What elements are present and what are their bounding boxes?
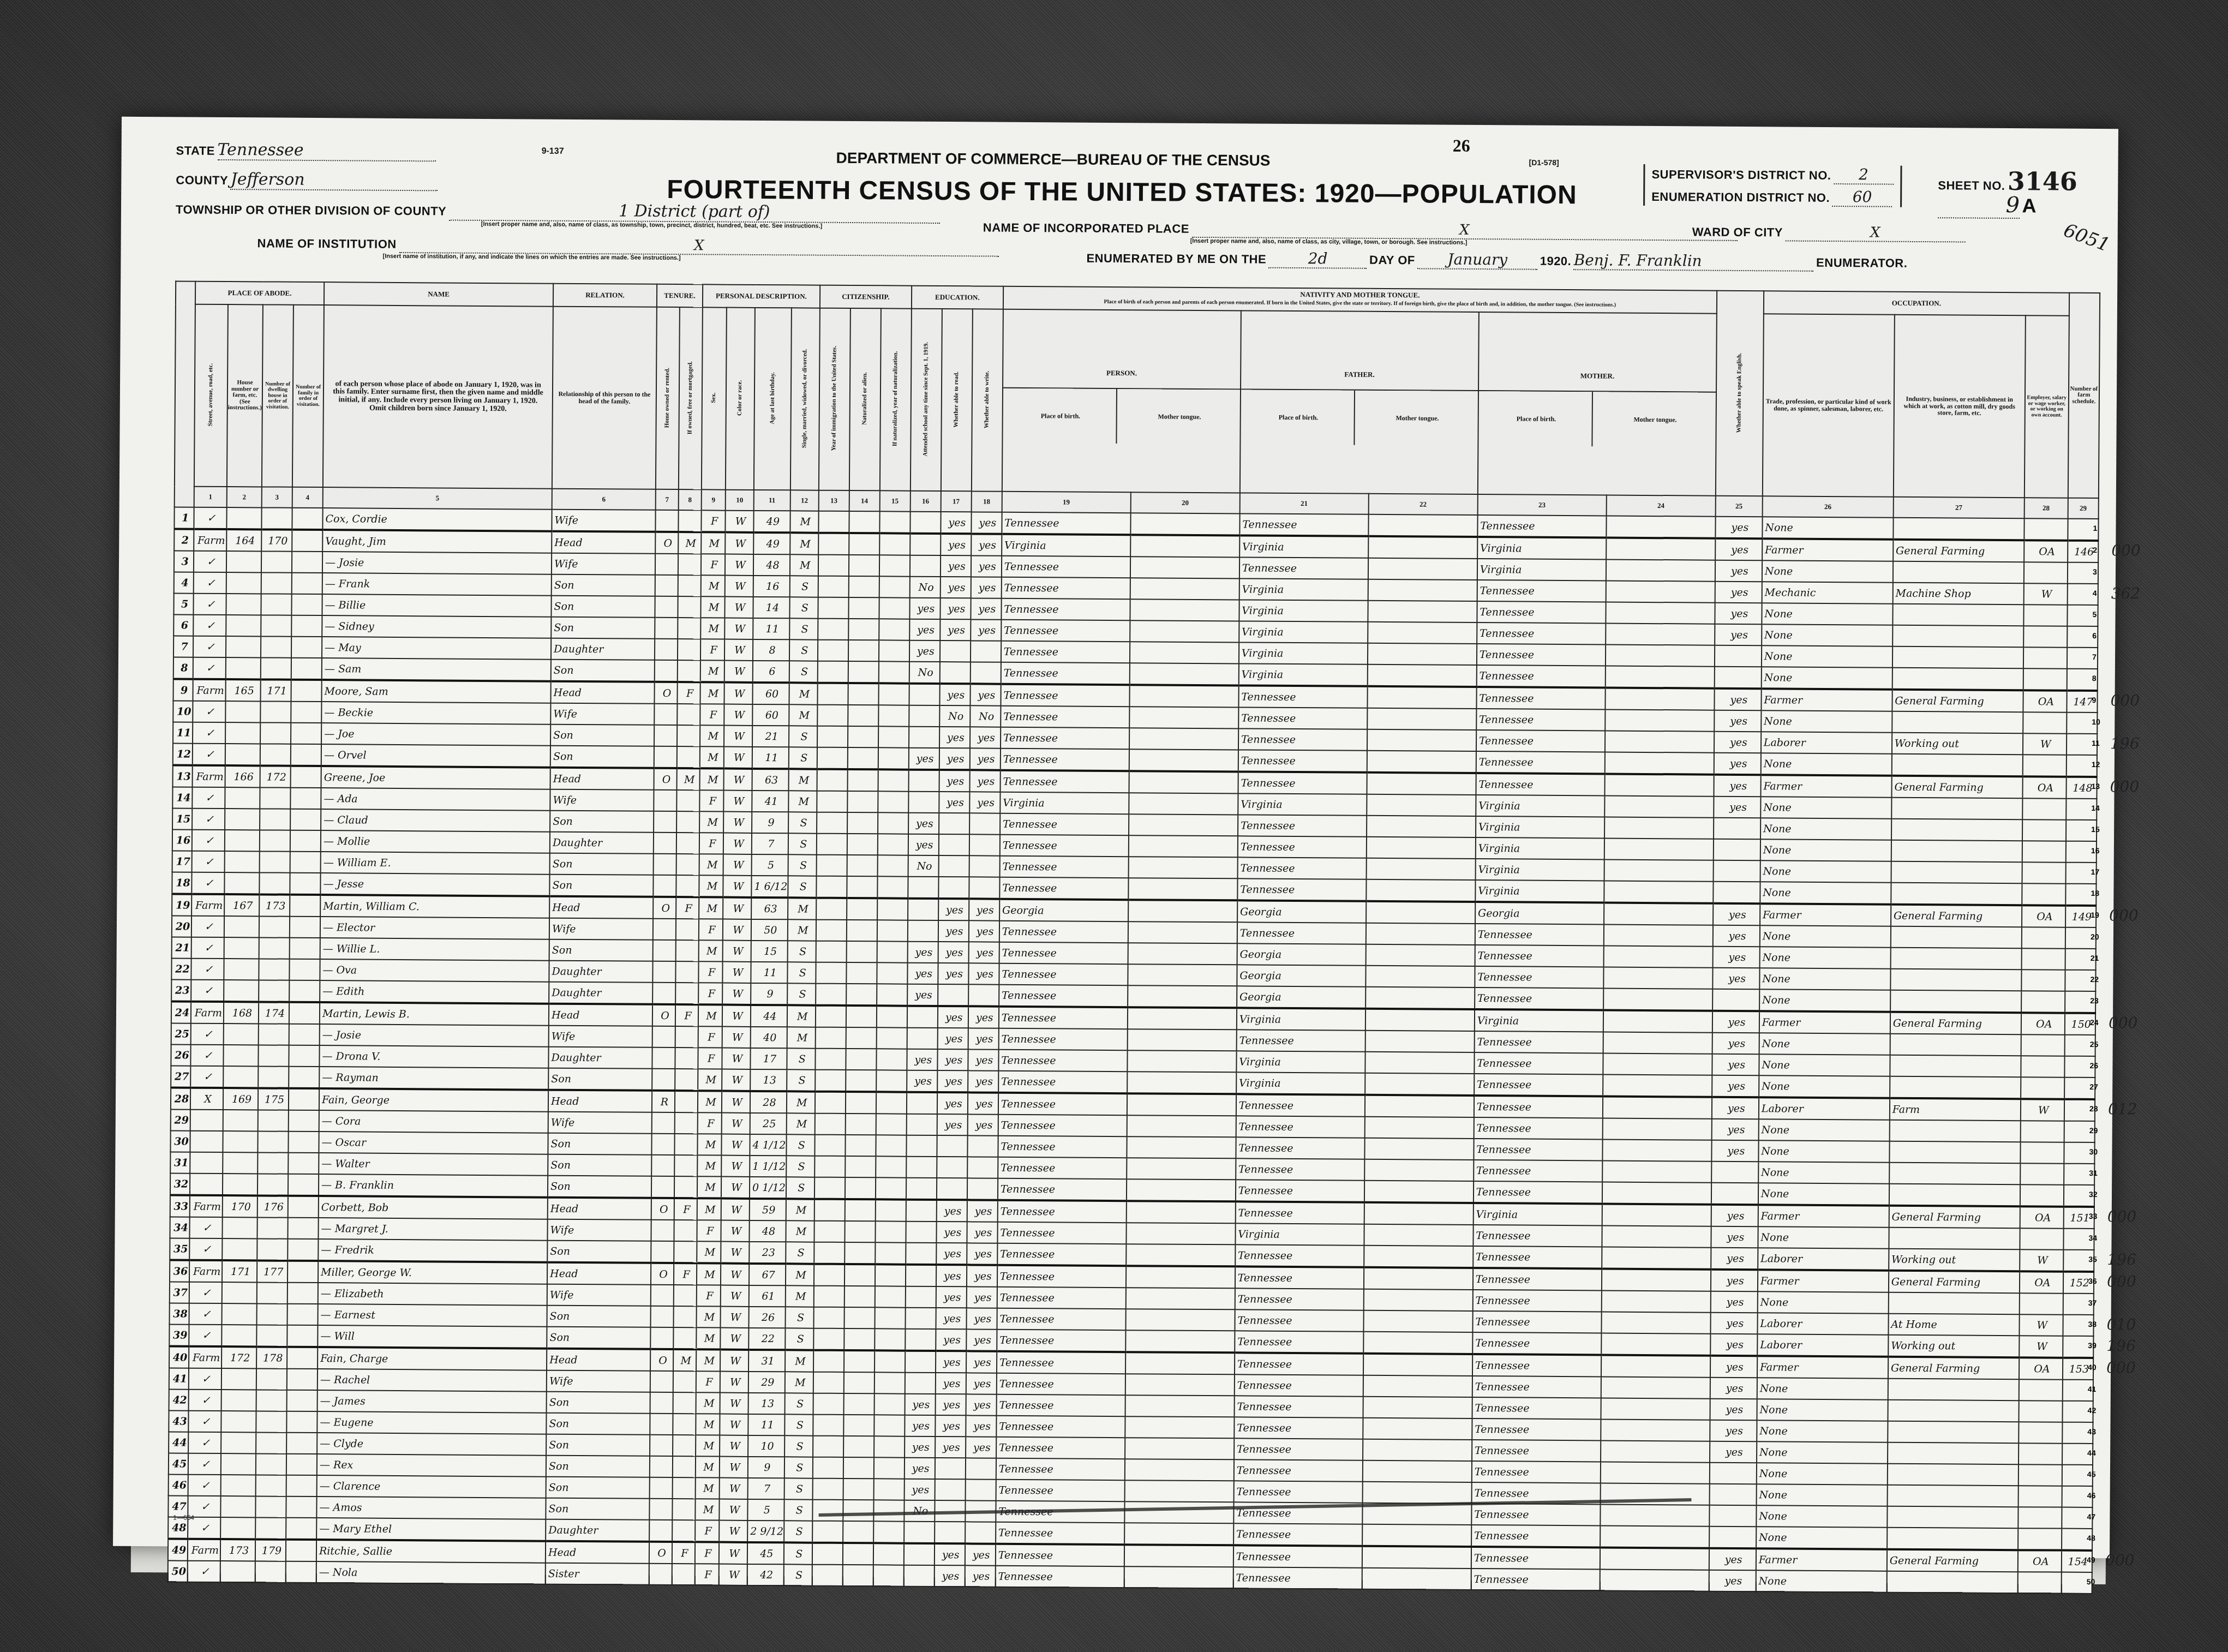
line-number-right: 34 [2089,1234,2105,1242]
speaks-english-cell: yes [1712,1075,1759,1098]
relation-cell: Wife [549,1026,652,1048]
sex-cell: M [700,725,724,746]
mother-tongue-cell [1128,900,1237,922]
column-number-5: 5 [323,487,552,510]
immigration-year-cell [812,1521,843,1543]
school-attendance-cell: yes [907,963,938,984]
home-owned-cell [650,1371,673,1392]
mother-birthplace-cell: Virginia [1475,880,1604,902]
speaks-english-cell: yes [1715,538,1762,561]
write-cell: yes [970,684,1001,705]
family-number-cell [292,573,322,594]
sex-cell: F [696,1371,720,1392]
school-attendance-cell: yes [905,1415,935,1436]
age-cell: 11 [752,747,789,769]
naturalization-year-cell [877,876,908,898]
person-name-cell: — Beckie [321,702,550,725]
sex-cell: M [697,1241,721,1263]
line-number: 50 [168,1560,188,1582]
school-attendance-cell [907,1028,937,1049]
employer-class-cell [2020,1184,2064,1206]
relation-cell: Wife [552,553,655,575]
employer-class-cell [2022,862,2065,883]
name-group-header: NAME [324,282,553,307]
race-cell: W [720,1393,748,1414]
line-number: 17 [172,851,192,872]
dwelling-number-cell [256,1432,286,1453]
col-29-header: Number of farm schedule. [2068,293,2100,498]
marital-status-cell: M [788,769,817,791]
relation-cell: Wife [552,510,655,532]
father-birthplace-cell: Tennessee [1239,557,1368,579]
mother-mother-tongue-cell [1604,774,1714,796]
relation-cell: Head [552,531,655,554]
sex-cell: F [697,1220,721,1241]
age-cell: 49 [753,511,790,532]
write-cell: yes [966,1329,997,1351]
state-field: State Tennessee [176,140,436,161]
father-mother-tongue-cell [1363,1332,1472,1354]
mother-tongue-cell [1126,1288,1235,1309]
employer-class-cell [2021,1077,2064,1099]
read-cell: yes [935,1543,965,1565]
school-attendance-cell: yes [908,834,939,855]
line-number: 1 [174,507,194,529]
father-birthplace-cell: Tennessee [1236,1029,1365,1051]
dwelling-number-cell [256,1475,286,1496]
person-name-cell: — Josie [322,552,552,574]
family-number-cell [289,1002,320,1024]
read-cell [938,984,968,1006]
write-cell [968,984,999,1006]
speaks-english-cell [1714,839,1760,861]
marital-status-cell: M [789,704,817,726]
house-number-cell [221,1475,256,1496]
home-owned-cell [654,746,677,768]
line-number-right: 39 [2088,1341,2104,1350]
home-owned-cell [652,961,675,983]
sex-cell: M [700,746,724,768]
industry-cell [1892,647,2023,668]
family-number-cell [287,1369,318,1390]
father-birthplace-cell: Virginia [1239,578,1368,600]
write-cell: yes [968,1092,998,1114]
sex-cell: M [699,854,723,875]
age-cell: 1 6/12 [751,876,788,897]
house-number-cell: 171 [222,1260,257,1282]
mother-mother-tongue-cell [1602,1268,1711,1291]
write-cell: yes [968,942,999,963]
relation-cell: Son [550,746,654,768]
person-name-cell: — Rachel [318,1369,547,1392]
free-mortgaged-cell: M [673,1349,696,1371]
naturalized-cell [847,920,877,941]
line-number: 35 [170,1238,189,1260]
race-cell: W [720,1372,748,1393]
free-mortgaged-cell: F [676,897,699,919]
immigration-year-cell [813,1350,844,1372]
trade-cell: None [1758,1183,1889,1205]
line-number: 28 [171,1087,190,1109]
father-mother-tongue-cell [1364,1224,1473,1246]
naturalization-year-cell [879,533,910,555]
naturalization-year-cell [874,1415,905,1436]
marital-status-cell: M [786,1199,814,1220]
sex-cell: M [697,1306,721,1327]
enumeration-label: Enumeration District No. [1651,190,1830,205]
employer-class-cell [2019,1400,2062,1422]
census-rows: 1✓Cox, CordieWifeFW49MyesyesTennesseeTen… [168,507,2099,1594]
race-cell: W [719,1564,747,1585]
relation-cell: Son [550,853,654,875]
sex-cell: F [700,704,724,725]
person-name-cell: — Elizabeth [318,1283,547,1306]
write-cell: yes [967,1243,997,1265]
naturalization-year-cell [876,1156,906,1177]
industry-cell [1889,1163,2020,1184]
line-number: 24 [171,1001,191,1023]
employer-class-cell [2023,604,2067,626]
person-subheader: PERSON. Place of birth. Mother tongue. [1002,309,1241,493]
employer-class-cell [2019,1379,2063,1400]
mother-mother-tongue-cell [1600,1525,1709,1548]
mother-tongue-cell [1130,642,1239,663]
industry-cell [1888,1442,2019,1464]
line-number: 6 [173,614,193,636]
race-cell: W [721,1264,749,1285]
page-number: 26 [1453,136,1470,156]
column-number-4: 4 [292,487,323,508]
county-value: Jefferson [231,170,438,191]
line-number-right: 21 [2091,954,2107,962]
read-cell [935,1522,965,1543]
write-cell: yes [968,1070,998,1092]
father-mother-tongue-cell [1364,1246,1473,1268]
industry-cell [1890,1076,2021,1099]
mother-birthplace-cell: Tennessee [1476,687,1605,709]
marital-status-cell: S [789,597,818,618]
father-birthplace-cell: Tennessee [1235,1244,1364,1267]
marital-status-cell: M [790,511,818,532]
mother-tongue-cell [1129,793,1238,815]
house-number-cell [221,1325,256,1346]
birthplace-cell: Tennessee [1001,620,1130,642]
naturalization-year-cell [874,1457,905,1479]
line-number: 38 [170,1303,189,1324]
birthplace-cell: Tennessee [999,921,1128,943]
marital-status-cell: M [790,554,818,576]
family-number-cell [290,917,320,938]
immigration-year-cell [814,1199,845,1221]
census-sheet: State Tennessee County Jefferson Townshi… [113,117,2118,1558]
free-mortgaged-cell [674,1306,697,1327]
marital-status-cell: S [783,1564,812,1585]
home-owned-cell [655,575,678,596]
mother-birthplace-cell: Tennessee [1476,730,1605,752]
school-attendance-cell: yes [908,813,939,834]
age-cell: 13 [748,1393,785,1414]
line-number: 36 [170,1260,189,1282]
age-cell: 7 [752,833,788,854]
race-cell: W [725,554,753,576]
birthplace-cell: Tennessee [997,1243,1126,1266]
marital-status-cell: S [786,1134,814,1156]
naturalization-year-cell [879,661,909,683]
read-cell: yes [935,1394,966,1415]
col-21-header: Place of birth. [1241,390,1354,445]
industry-cell: Working out [1892,733,2023,755]
naturalization-year-cell [875,1307,905,1328]
naturalized-cell [847,876,877,898]
speaks-english-cell: yes [1713,903,1760,926]
industry-cell [1889,1141,2020,1163]
immigration-year-cell [813,1372,844,1393]
immigration-year-cell [817,705,848,726]
mother-mother-tongue-cell [1602,1160,1711,1182]
home-owned-cell [655,639,678,660]
naturalized-cell [848,619,879,640]
naturalization-year-cell [874,1436,905,1457]
trade-cell: None [1758,1119,1889,1141]
speaks-english-cell: yes [1711,1291,1758,1313]
line-number: 41 [169,1368,189,1389]
birthplace-cell: Tennessee [1002,512,1130,535]
home-owned-cell [655,660,678,682]
free-mortgaged-cell [678,554,701,575]
house-number-cell [225,744,260,765]
dwelling-number-cell [257,1174,288,1195]
employer-class-cell [2023,668,2067,690]
mother-tongue-cell [1126,1244,1235,1266]
col-20-header: Mother tongue. [1116,389,1240,444]
free-mortgaged-cell [676,790,699,811]
line-number-right: 18 [2091,889,2107,897]
mother-tongue-cell [1126,1266,1235,1288]
col-18-header: Whether able to write. [972,309,1003,491]
column-number-9: 9 [702,489,726,510]
father-birthplace-cell: Tennessee [1237,857,1366,879]
read-cell: yes [936,1373,966,1394]
line-number-right: 5 [2092,610,2109,619]
trade-cell: None [1758,1140,1889,1162]
father-mother-tongue-cell [1368,514,1477,537]
col-5-header: of each person whose place of abode on J… [323,305,553,489]
age-cell: 44 [751,1005,787,1027]
column-number-6: 6 [552,489,656,510]
birthplace-cell: Tennessee [1001,662,1130,685]
naturalized-cell [846,1027,876,1049]
employer-class-cell [2017,1572,2061,1593]
sex-cell: F [701,510,725,532]
home-owned-cell: R [652,1091,675,1112]
race-cell: W [723,812,752,833]
tenure-group-header: TENURE. [657,284,703,308]
father-birthplace-cell: Tennessee [1238,771,1367,794]
relation-cell: Wife [550,703,654,725]
column-number-17: 17 [941,491,971,512]
mother-mother-tongue-cell [1606,559,1715,581]
birthplace-cell: Tennessee [998,1093,1127,1115]
home-owned-cell [654,854,676,875]
relation-cell: Son [548,1068,652,1091]
family-number-cell [292,530,322,552]
father-birthplace-cell: Virginia [1239,600,1368,621]
race-cell: W [723,791,752,812]
employer-class-cell [2023,647,2067,668]
industry-cell: General Farming [1892,690,2023,712]
person-name-cell: Martin, Lewis B. [320,1002,549,1026]
dwelling-number-cell [259,1023,289,1045]
mother-tongue-cell [1130,578,1239,600]
school-attendance-cell: yes [905,1436,935,1458]
father-birthplace-cell: Tennessee [1235,1288,1364,1310]
dwelling-number-cell [261,636,291,657]
trade-cell: None [1759,1075,1890,1098]
marital-status-cell: S [784,1414,813,1435]
home-owned-cell [652,1026,675,1048]
line-number: 18 [172,872,191,894]
supervisor-label: Supervisor's District No. [1651,167,1831,182]
trade-cell: None [1756,1570,1886,1592]
mother-birthplace-cell: Tennessee [1472,1332,1601,1355]
family-number-cell [286,1561,316,1583]
age-cell: 13 [750,1069,787,1091]
trade-cell: Farmer [1756,1548,1887,1571]
sheet-field: Sheet No. 3146 9 A [1938,166,2077,219]
read-cell [937,1135,967,1157]
sex-cell: F [695,1564,719,1585]
occupation-code-note: 000 [2109,906,2139,924]
free-mortgaged-cell [675,1091,698,1112]
relation-cell: Head [546,1541,649,1564]
family-number-cell [290,873,320,895]
birthplace-cell: Tennessee [1000,813,1129,835]
speaks-english-cell [1715,645,1762,667]
naturalized-cell [842,1565,873,1586]
father-birthplace-cell: Tennessee [1234,1438,1363,1460]
read-cell [940,662,971,684]
age-cell: 48 [753,554,790,576]
father-mother-tongue-cell [1367,773,1476,795]
line-number-right: 14 [2091,804,2107,812]
family-number-cell [286,1540,316,1561]
column-number-3: 3 [262,487,292,507]
sex-cell: F [695,1520,719,1542]
street-cell: ✓ [194,551,226,572]
relation-cell: Head [547,1262,651,1285]
naturalization-year-cell [877,1005,907,1027]
mother-mother-tongue-cell [1600,1547,1709,1570]
mother-birthplace-cell: Tennessee [1475,987,1603,1010]
birthplace-cell: Tennessee [998,1178,1127,1201]
mother-birthplace-cell: Tennessee [1477,665,1606,687]
sex-cell: M [696,1392,720,1414]
race-cell: W [722,1005,751,1027]
person-name-cell: — Frank [322,573,552,596]
naturalization-year-cell [877,962,907,984]
mother-birthplace-cell: Tennessee [1474,1117,1602,1139]
mother-birthplace-cell: Virginia [1476,795,1604,817]
immigration-year-cell [816,1005,846,1027]
write-cell [967,1135,998,1157]
birthplace-cell: Tennessee [996,1416,1125,1438]
employer-class-cell [2020,1228,2063,1249]
father-mother-tongue-cell [1365,1073,1474,1096]
line-number-right: 36 [2088,1277,2105,1285]
trade-cell: None [1760,860,1891,882]
dwelling-number-cell [261,551,292,572]
naturalization-year-cell [876,1027,907,1049]
speaks-english-cell: yes [1711,1248,1758,1270]
employer-class-cell [2021,1056,2064,1077]
house-number-cell [226,507,261,529]
relation-cell: Head [551,681,655,704]
speaks-english-cell: yes [1711,1270,1758,1292]
mother-birthplace-cell: Tennessee [1477,601,1606,623]
write-cell [967,1178,998,1200]
person-name-cell: — Nola [316,1561,546,1584]
father-birthplace-cell: Tennessee [1239,513,1368,536]
speaks-english-cell: yes [1715,624,1762,646]
race-cell: W [721,1285,749,1307]
column-number-19: 19 [1002,492,1130,513]
father-birthplace-cell: Tennessee [1235,1309,1363,1331]
immigration-year-cell [814,1177,845,1199]
birthplace-cell: Tennessee [1001,727,1129,749]
family-number-cell [292,508,322,530]
person-name-cell: — Eugene [317,1411,546,1434]
naturalization-year-cell [873,1565,903,1586]
industry-cell: General Farming [1887,1549,2018,1572]
mother-birthplace-cell: Tennessee [1477,623,1606,644]
relation-cell: Daughter [548,1047,652,1069]
col-9-header: Sex. [702,307,727,489]
marital-status-cell: S [788,812,817,833]
immigration-year-cell [816,941,846,962]
naturalization-year-cell [875,1372,905,1393]
mother-birthplace-cell: Tennessee [1474,1096,1603,1118]
industry-cell: At Home [1888,1314,2019,1336]
naturalized-cell [847,898,877,920]
read-cell: yes [941,577,971,598]
sex-cell: F [699,833,723,854]
family-number-cell [291,680,322,702]
family-number-cell [290,895,320,917]
naturalized-cell [845,1114,876,1135]
mother-tongue-cell [1127,1093,1236,1116]
sex-cell: F [698,1112,722,1134]
street-cell: ✓ [193,636,226,657]
read-cell: yes [939,684,970,705]
marital-status-cell: M [789,683,817,704]
read-cell: yes [938,963,968,984]
person-name-cell: — Oscar [319,1132,548,1154]
father-birthplace-cell: Tennessee [1233,1567,1362,1589]
person-name-cell: — Rex [317,1454,546,1477]
home-owned-cell [651,1176,674,1198]
read-cell: yes [937,1092,968,1114]
marital-status-cell: M [786,1264,814,1285]
house-number-cell [221,1368,256,1390]
father-birthplace-cell: Tennessee [1238,815,1367,836]
employer-class-cell [2021,1034,2064,1056]
line-number: 16 [172,829,192,851]
birthplace-cell: Tennessee [997,1351,1125,1374]
trade-cell: Farmer [1757,1356,1888,1378]
write-cell: yes [970,748,1001,770]
column-number-22: 22 [1368,494,1477,515]
street-cell: ✓ [189,1238,222,1260]
